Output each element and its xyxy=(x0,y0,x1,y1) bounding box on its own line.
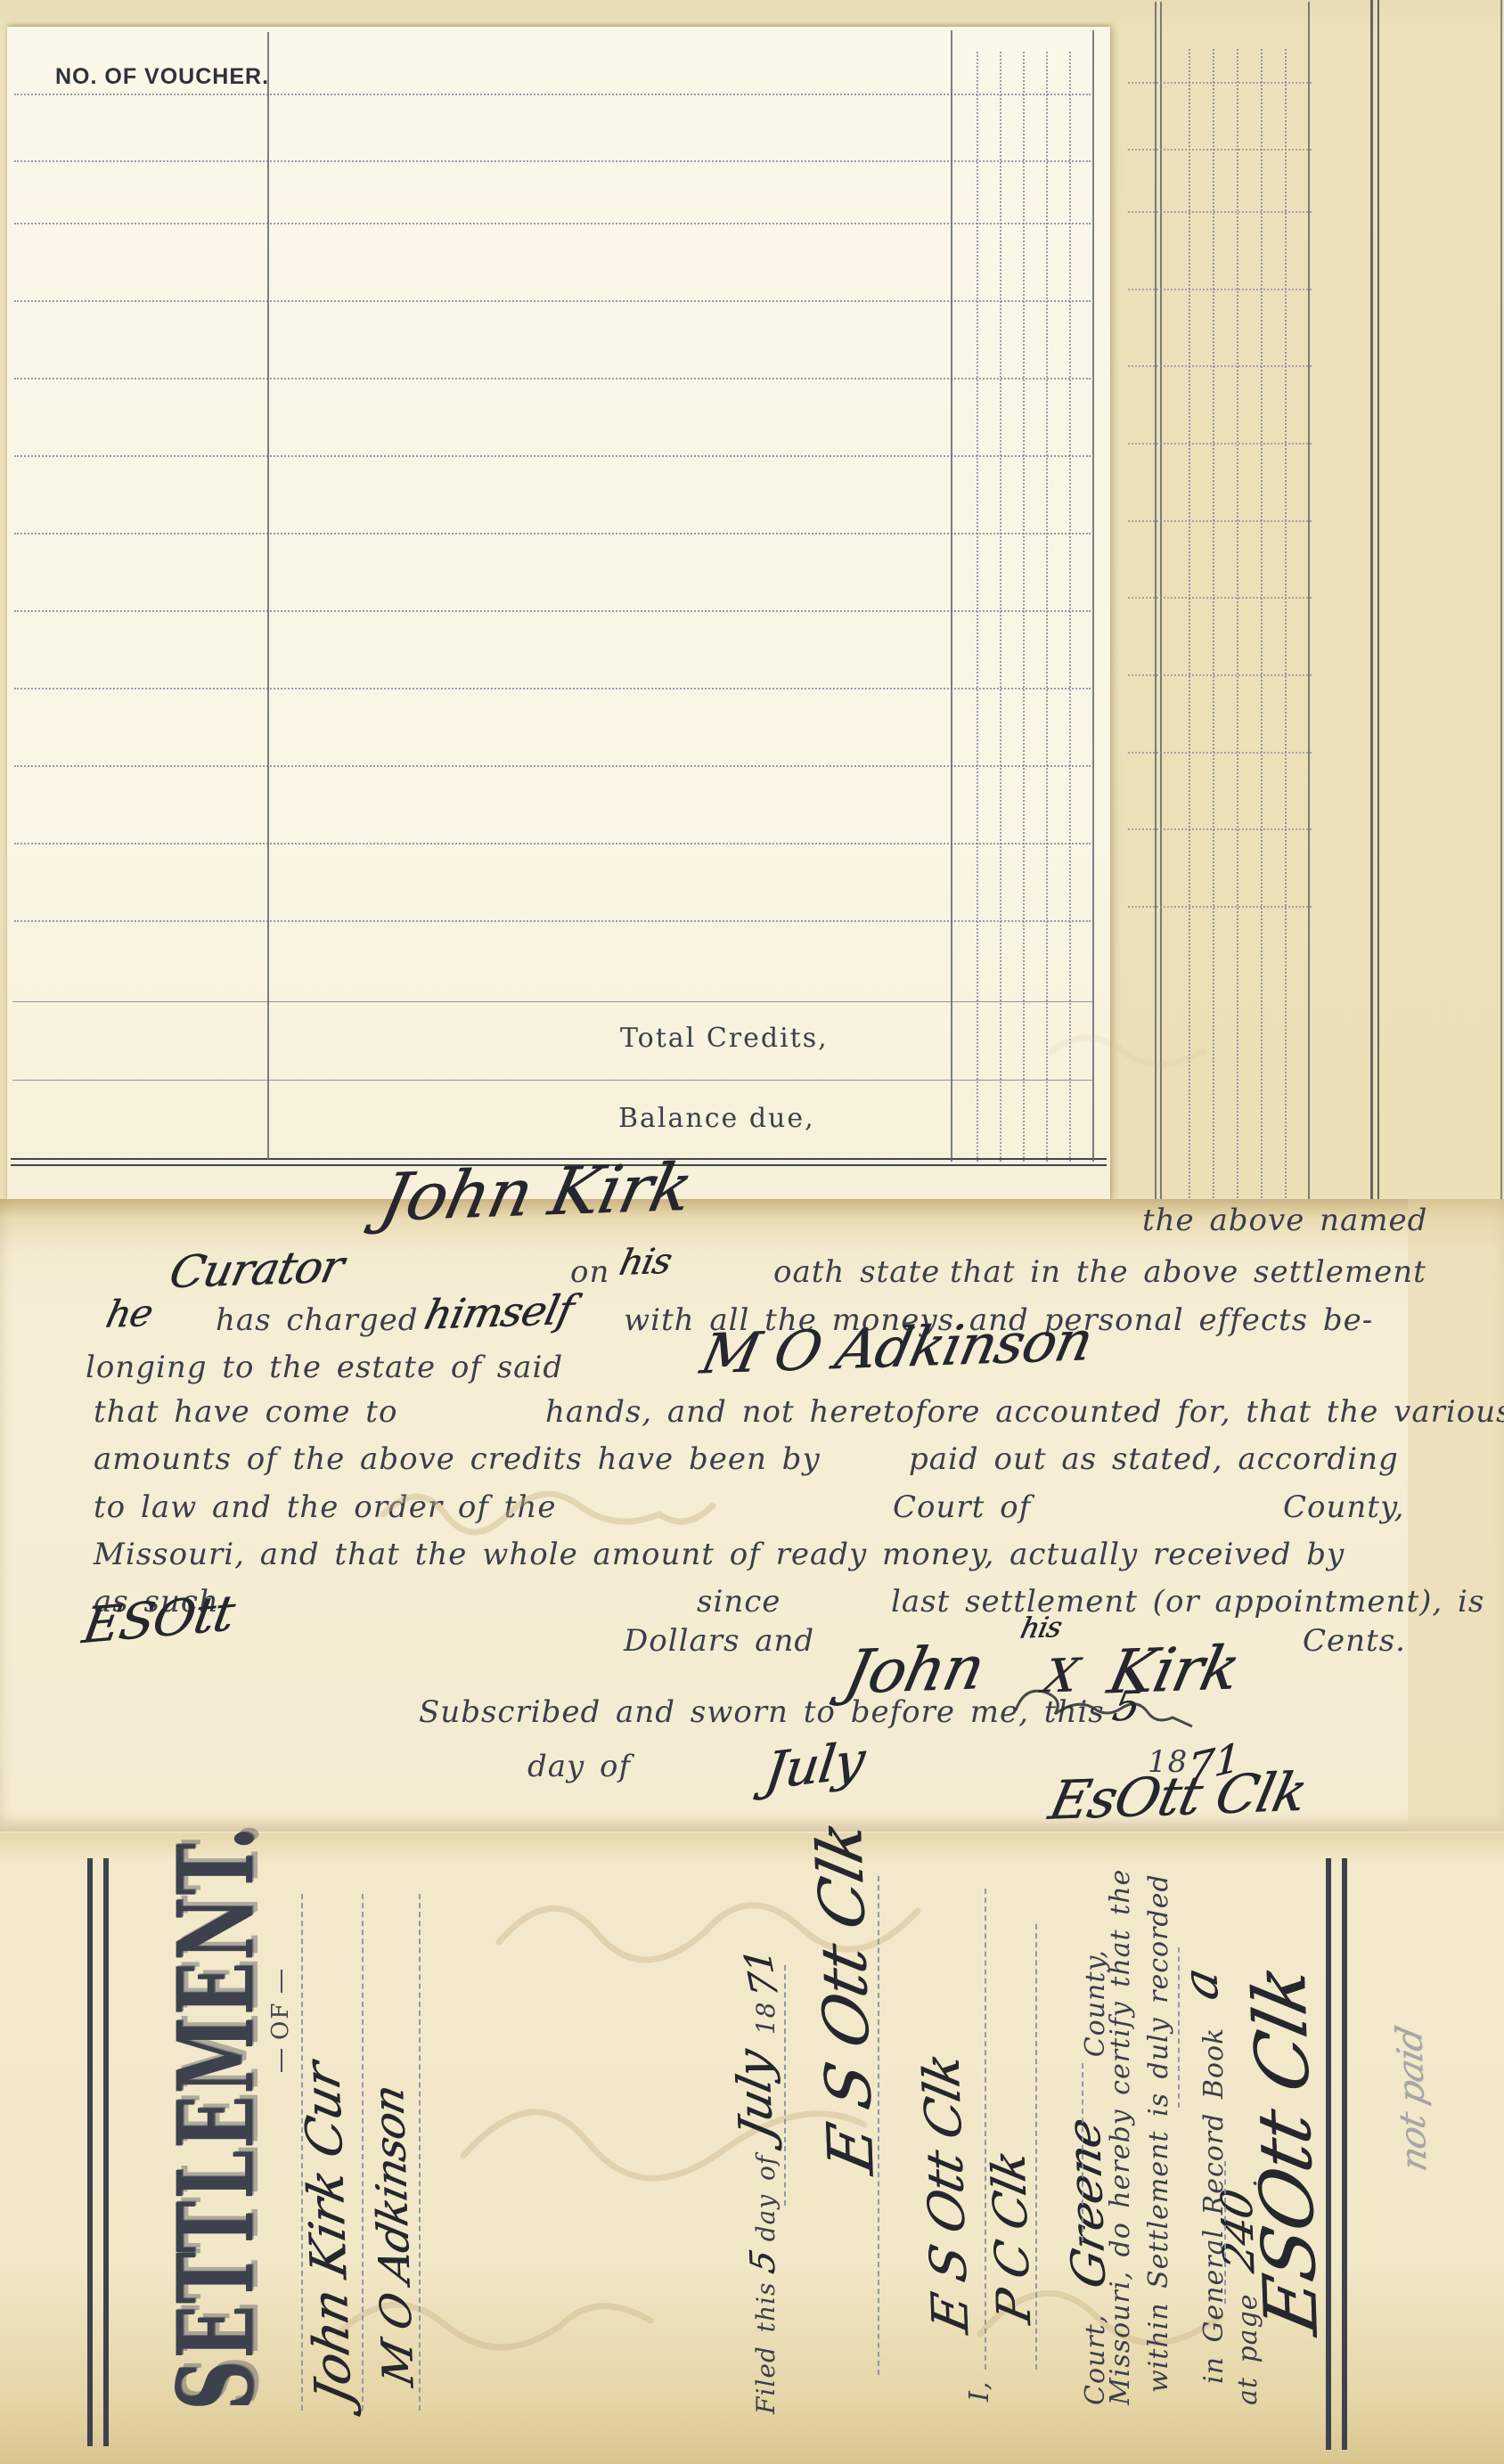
signature-clerk-docket: ESOtt Clk xyxy=(1238,1959,1335,2341)
printed-filed-18: 18 xyxy=(751,2002,781,2036)
rule-line xyxy=(301,1894,303,2411)
rule-line xyxy=(1308,2,1310,1199)
rule-line xyxy=(985,1889,986,2370)
rule-line xyxy=(14,688,1091,689)
rule-line xyxy=(1285,49,1287,1198)
total-credits-label: Total Credits, xyxy=(620,1023,829,1054)
printed-county: County, xyxy=(1283,1489,1404,1525)
rule-line xyxy=(14,920,1091,922)
rule-line xyxy=(1128,82,1312,84)
paper-edge-shade xyxy=(1408,1199,1504,1832)
rule-line xyxy=(1128,520,1312,522)
printed-court-of: Court of xyxy=(893,1489,1031,1525)
printed-i: I, xyxy=(964,2381,995,2402)
rule-line xyxy=(1213,49,1214,1198)
rule-line xyxy=(14,610,1091,612)
printed-dollars-and: Dollars and xyxy=(624,1623,814,1659)
rule-line xyxy=(14,300,1091,302)
handwritten-filed-month: July xyxy=(727,2045,783,2143)
rule-line xyxy=(419,1894,421,2411)
printed-missouri-ready-money: Missouri, and that the whole amount of r… xyxy=(94,1537,1345,1572)
printed-missouri-certify: Missouri, do hereby certify that the xyxy=(1105,1869,1136,2405)
docket-border-rule-top xyxy=(87,1858,109,2446)
docket-filed-line: Filed this 5 day of July 18 71 xyxy=(732,1844,786,2414)
printed-last-settlement: last settlement (or appointment), is xyxy=(891,1584,1484,1620)
rule-line xyxy=(1128,149,1312,151)
rule-line xyxy=(1023,52,1025,1162)
rule-line xyxy=(1261,49,1263,1198)
printed-cents: Cents. xyxy=(1303,1623,1406,1659)
rule-line xyxy=(14,223,1091,224)
balance-due-label: Balance due, xyxy=(618,1103,815,1134)
rule-line xyxy=(977,52,978,1162)
rule-line xyxy=(14,455,1091,457)
handwritten-filed-year: 71 xyxy=(735,1948,788,1999)
voucher-column-header: NO. OF VOUCHER. xyxy=(55,64,269,90)
rule-line xyxy=(12,1001,1092,1002)
rule-line xyxy=(1082,2063,1083,2241)
handwritten-his: his xyxy=(616,1241,674,1284)
rule-line xyxy=(1237,49,1238,1198)
rule-line xyxy=(1155,2,1157,1199)
printed-on: on xyxy=(570,1254,609,1290)
printed-paid-out: paid out as stated, according xyxy=(909,1441,1399,1477)
rule-line xyxy=(1128,597,1312,599)
rule-line xyxy=(1500,0,1502,1203)
rule-line xyxy=(1128,828,1312,830)
rule-line xyxy=(14,378,1091,379)
rule-line xyxy=(14,533,1091,534)
rule-line xyxy=(14,843,1091,844)
settlement-document: NO. OF VOUCHER. Total Credits, Balance d… xyxy=(0,0,1504,2464)
rule-line xyxy=(1092,30,1094,1162)
rule-line xyxy=(1069,52,1071,1162)
rule-line xyxy=(1377,0,1379,1200)
docket-title-settlement: SETTLEMENT. xyxy=(156,1894,278,2411)
rule-line xyxy=(1189,49,1190,1198)
of-dash-left xyxy=(281,2049,282,2072)
printed-day-of: day of xyxy=(527,1749,631,1784)
printed-that-have-come: that have come to xyxy=(94,1394,397,1430)
docket-rotated-content: SETTLEMENT. OF John Kirk Cur M O Adkinso… xyxy=(0,1832,1504,2464)
rule-line xyxy=(1370,0,1373,1200)
rule-line xyxy=(14,160,1091,162)
printed-subscribed-sworn: Subscribed and sworn to before me, this xyxy=(419,1694,1105,1730)
rule-line xyxy=(267,32,269,1160)
rule-line xyxy=(12,1080,1092,1081)
rule-line xyxy=(362,1894,364,2411)
rule-line xyxy=(784,1965,786,2206)
handwritten-july: July xyxy=(761,1730,867,1802)
printed-oath-state: oath state xyxy=(773,1254,940,1290)
pencil-not-paid-note: not paid xyxy=(1389,2024,1435,2175)
rule-line xyxy=(1224,2161,1226,2304)
handwritten-clerk-title: P C Clk xyxy=(983,2147,1042,2328)
rule-line xyxy=(1178,1947,1180,2108)
signature-john-kirk-top: John Kirk xyxy=(373,1149,698,1236)
main-sheet xyxy=(7,27,1110,1201)
printed-longing-estate: longing to the estate of said xyxy=(86,1350,563,1385)
rule-line xyxy=(14,765,1091,767)
docket-party-curator: John Kirk Cur xyxy=(293,2058,363,2409)
printed-within-settlement: within Settlement is duly recorded xyxy=(1143,1873,1174,2393)
docket-party-estate: M O Adkinson xyxy=(364,2081,424,2390)
of-dash-right xyxy=(281,1970,282,1993)
printed-hands-heretofore: hands, and not heretofore accounted for,… xyxy=(545,1394,1504,1430)
printed-filed-this: Filed this xyxy=(751,2282,781,2414)
printed-has-charged: has charged xyxy=(216,1302,419,1338)
rule-line xyxy=(1128,906,1312,908)
rule-line xyxy=(878,1876,879,2375)
handwritten-curator: Curator xyxy=(165,1241,347,1299)
rule-line xyxy=(1160,2,1162,1199)
signature-clerk-sworn: EsOtt Clk xyxy=(1043,1761,1312,1832)
docket-of-line: OF xyxy=(267,1938,294,2081)
printed-since: since xyxy=(697,1584,781,1620)
printed-filed-day-of: day of xyxy=(751,2155,781,2242)
rule-line xyxy=(1128,365,1312,367)
rule-line xyxy=(1035,1924,1037,2370)
rule-line xyxy=(14,94,1091,95)
printed-to-law-order: to law and the order of the xyxy=(94,1489,556,1525)
rule-line xyxy=(1000,52,1001,1162)
docket-of-label: OF xyxy=(267,2002,294,2040)
handwritten-himself: himself xyxy=(421,1285,577,1339)
docket-border-rule-bottom xyxy=(1326,1858,1347,2450)
rule-line xyxy=(1046,52,1048,1162)
rule-line xyxy=(1128,752,1312,754)
rule-line xyxy=(1128,211,1312,213)
printed-that-in-settlement: that in the above settlement xyxy=(950,1254,1426,1290)
handwritten-clerk-name: E S Ott Clk xyxy=(913,2050,981,2338)
signature-filed-clerk: E S Ott Clk xyxy=(803,1816,887,2180)
printed-above-named: the above named xyxy=(1142,1203,1427,1238)
rule-line xyxy=(1128,674,1312,676)
rule-line xyxy=(951,30,952,1162)
signature-his-word: his xyxy=(1018,1610,1065,1645)
rule-line xyxy=(1128,289,1312,290)
printed-amounts-credits: amounts of the above credits have been b… xyxy=(94,1441,821,1477)
rule-line xyxy=(1128,443,1312,445)
handwritten-filed-day: 5 xyxy=(743,2248,783,2277)
